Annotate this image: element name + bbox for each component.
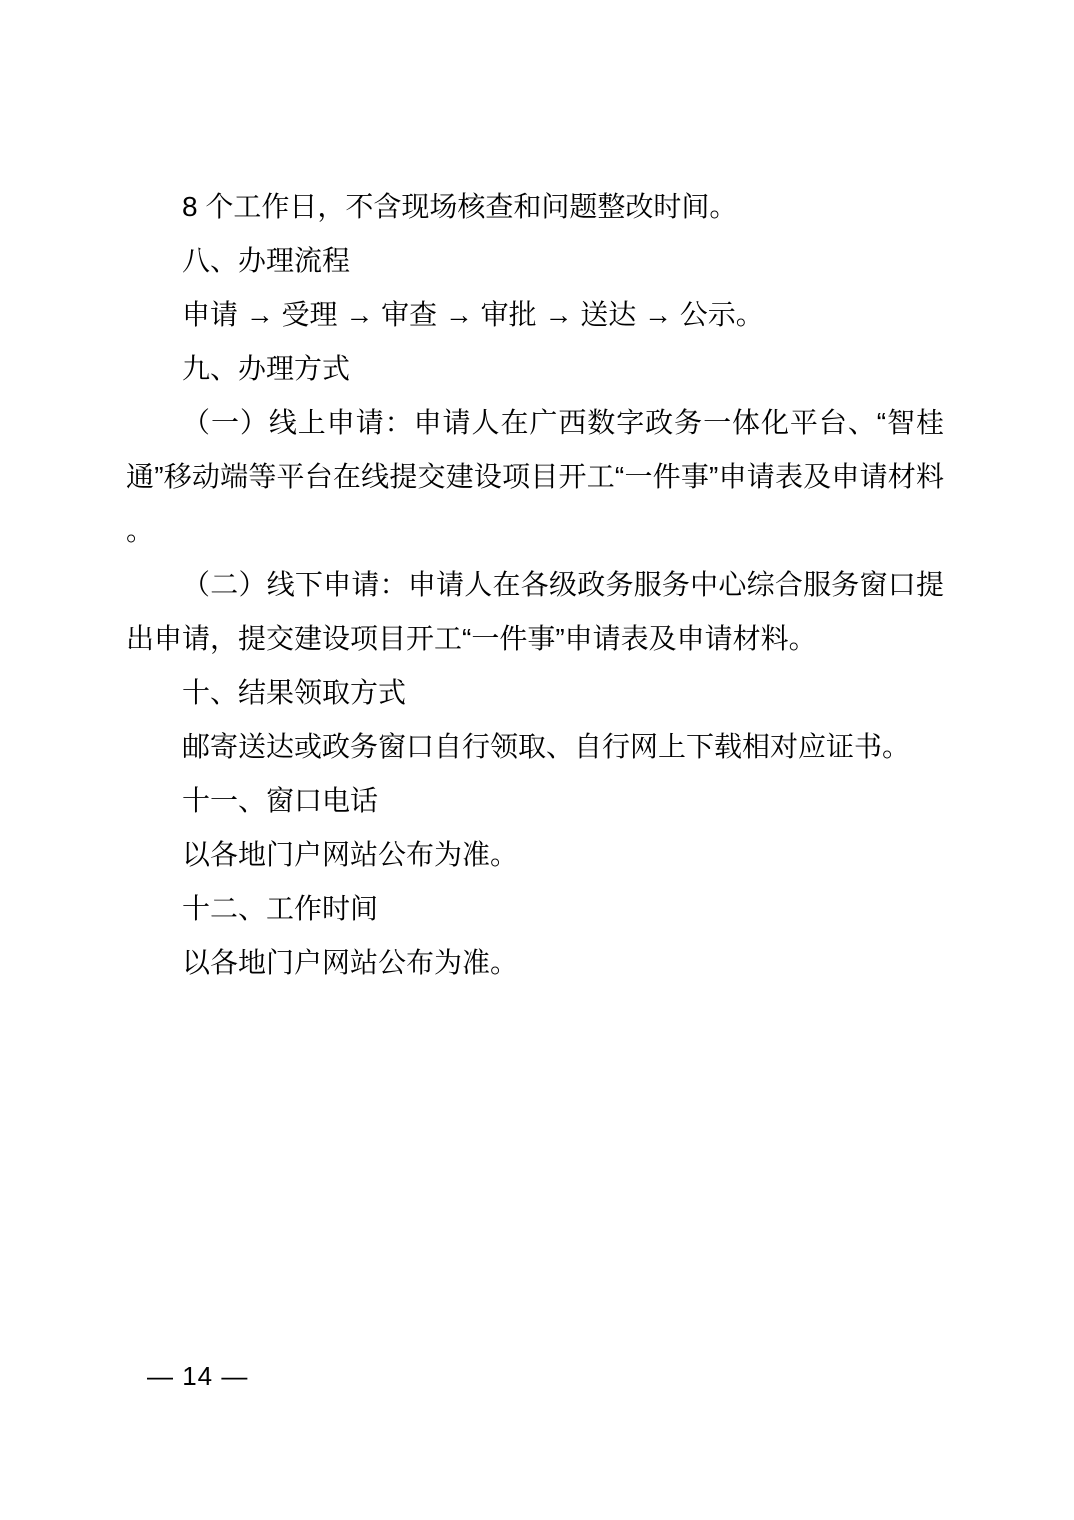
paragraph-window-phone: 以各地门户网站公布为准。	[126, 828, 944, 882]
process-flow-line: 申请 → 受理 → 审查 → 审批 → 送达 → 公示。	[126, 288, 944, 342]
page-number: — 14 —	[147, 1360, 248, 1392]
paragraph-offline-application: （二）线下申请：申请人在各级政务服务中心综合服务窗口提出申请，提交建设项目开工“…	[126, 558, 944, 666]
paragraph-working-hours: 以各地门户网站公布为准。	[126, 936, 944, 990]
heading-section-12-working-hours: 十二、工作时间	[126, 882, 944, 936]
heading-section-11-window-phone: 十一、窗口电话	[126, 774, 944, 828]
heading-section-9-methods: 九、办理方式	[126, 342, 944, 396]
heading-section-10-result-collection: 十、结果领取方式	[126, 666, 944, 720]
document-body: 8 个工作日，不含现场核查和问题整改时间。 八、办理流程 申请 → 受理 → 审…	[126, 180, 944, 990]
paragraph-processing-days: 8 个工作日，不含现场核查和问题整改时间。	[126, 180, 944, 234]
paragraph-result-collection: 邮寄送达或政务窗口自行领取、自行网上下载相对应证书。	[126, 720, 944, 774]
document-page: 8 个工作日，不含现场核查和问题整改时间。 八、办理流程 申请 → 受理 → 审…	[0, 0, 1074, 1520]
heading-section-8-process: 八、办理流程	[126, 234, 944, 288]
paragraph-online-application: （一）线上申请：申请人在广西数字政务一体化平台、“智桂通”移动端等平台在线提交建…	[126, 396, 944, 558]
